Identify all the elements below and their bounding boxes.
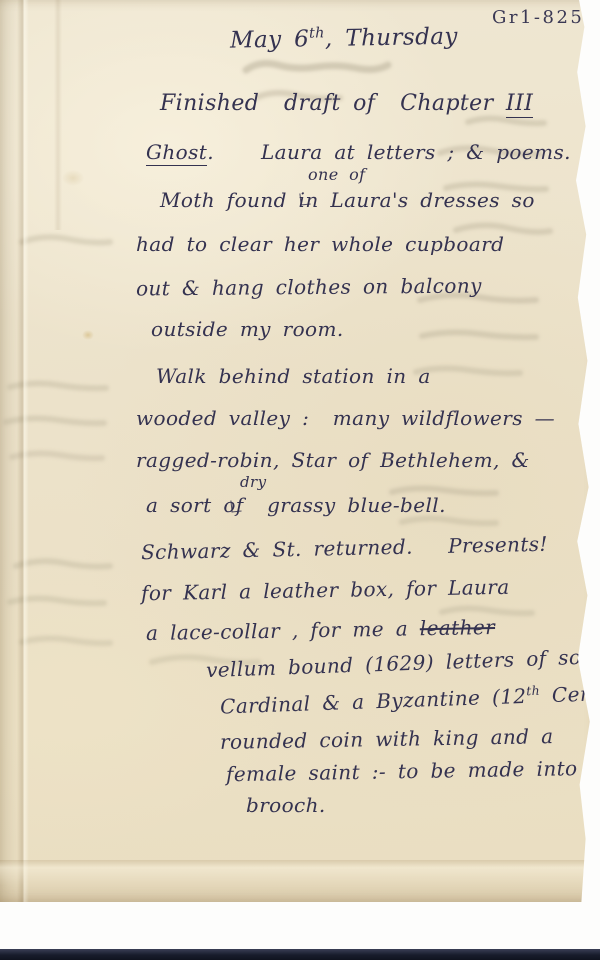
line-cardinal: Cardinal & a Byzantine (12th Cent.) [220, 681, 600, 717]
bottom-fold-crease [0, 860, 600, 902]
bleedthrough-mark [422, 332, 536, 337]
line-room: outside my room. [151, 318, 344, 340]
line-saint: female saint :- to be made into a [226, 757, 600, 786]
insertion-one-of: one of [308, 166, 365, 184]
bleedthrough-mark [442, 608, 532, 613]
line-flowers: ragged-robin, Star of Bethlehem, & [136, 449, 530, 471]
paper-stain [82, 330, 94, 340]
heading-date-post: , Thursday [325, 24, 458, 52]
line-walk: Walk behind station in a [156, 365, 431, 387]
bleedthrough-mark [22, 638, 110, 643]
bleedthrough-mark [468, 118, 544, 123]
line-chapter: Finished draft of Chapter III [160, 92, 533, 116]
vertical-crease-faint [54, 0, 62, 230]
bleedthrough-mark [22, 237, 110, 242]
insertion-dry: dry [240, 474, 266, 491]
line-cardinal-ordinal: th [526, 683, 540, 698]
line-lace: a lace-collar , for me a leather [146, 616, 495, 644]
bleedthrough-mark [16, 561, 110, 566]
paper-stain [62, 170, 84, 186]
line-moth: Moth found in Laura's dresses so [160, 189, 535, 211]
ghost-word: Ghost [146, 140, 207, 166]
line-karl: for Karl a leather box, for Laura [141, 576, 510, 604]
struck-word-leather: leather [420, 615, 496, 640]
ghost-rest: . Laura at letters ; & poems. [207, 140, 571, 164]
line-ghost: Ghost. Laura at letters ; & poems. [146, 141, 571, 163]
chapter-numeral: III [506, 91, 533, 118]
line-cupboard: had to clear her whole cupboard [136, 233, 504, 255]
catalog-number: Gr1-825 [492, 8, 584, 28]
heading-date: May 6th, Thursday [230, 24, 458, 54]
bleedthrough-mark [416, 368, 520, 373]
line-balcony: out & hang clothes on balcony [136, 274, 482, 299]
line-coin: rounded coin with king and a [220, 725, 554, 753]
bleedthrough-mark [246, 63, 388, 70]
manuscript-page: Gr1-825 May 6th, Thursday Finished draft… [0, 0, 600, 902]
bleedthrough-mark [456, 225, 550, 232]
line-brooch: brooch. [246, 794, 326, 816]
line-returned: Schwarz & St. returned. Presents! [141, 533, 548, 564]
line-vellum: vellum bound (1629) letters of some [206, 645, 600, 681]
heading-date-ordinal: th [309, 25, 325, 41]
bleedthrough-mark [402, 518, 496, 523]
line-chapter-text: Finished draft of Chapter [160, 91, 506, 116]
line-cardinal-post: Cent.) [540, 681, 600, 708]
line-bluebell: a sort of grassy blue-bell. [146, 494, 446, 516]
vertical-fold-crease [17, 0, 29, 902]
line-cardinal-pre: Cardinal & a Byzantine (12 [220, 684, 527, 719]
line-valley: wooded valley : many wildflowers — [136, 407, 555, 429]
heading-date-pre: May 6 [230, 26, 310, 53]
line-lace-text: a lace-collar , for me a [146, 616, 420, 645]
scanner-background-bar [0, 949, 600, 960]
